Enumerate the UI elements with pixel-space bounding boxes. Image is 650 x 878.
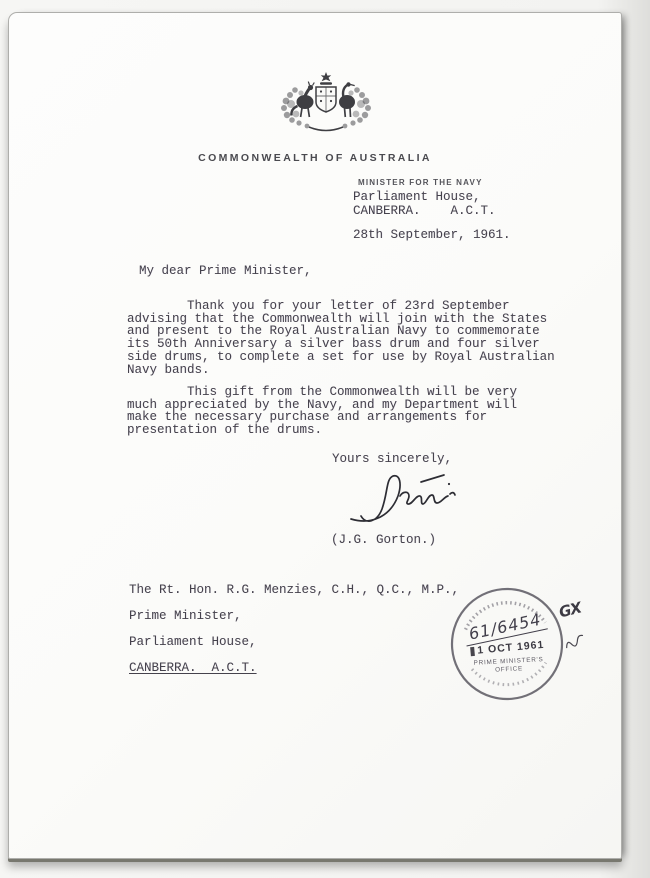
- scanned-letter-photo: COMMONWEALTH OF AUSTRALIA MINISTER FOR T…: [0, 0, 650, 878]
- stamp-office-line2: OFFICE: [495, 665, 523, 673]
- body-paragraph-2: This gift from the Commonwealth will be …: [127, 386, 517, 437]
- closing-line: Yours sincerely,: [332, 453, 452, 466]
- stamp-office-name: PRIME MINISTER'SOFFICE: [474, 656, 545, 675]
- ink-blot: [470, 646, 475, 655]
- letterhead-address-line1: Parliament House,: [353, 191, 481, 204]
- recipient-line1: The Rt. Hon. R.G. Menzies, C.H., Q.C., M…: [129, 583, 459, 597]
- handwritten-initials: GX: [557, 599, 583, 622]
- letter-date: 28th September, 1961.: [353, 229, 511, 242]
- letter-page: COMMONWEALTH OF AUSTRALIA MINISTER FOR T…: [8, 12, 622, 859]
- body-paragraph-1: Thank you for your letter of 23rd Septem…: [127, 300, 555, 376]
- australian-coat-of-arms-icon: [279, 71, 373, 149]
- recipient-address-block: The Rt. Hon. R.G. Menzies, C.H., Q.C., M…: [129, 584, 459, 675]
- letterhead-office-title: MINISTER FOR THE NAVY: [358, 178, 483, 187]
- letterhead-address-line2: CANBERRA. A.C.T.: [353, 205, 496, 218]
- letterhead-organization: COMMONWEALTH OF AUSTRALIA: [9, 152, 621, 164]
- salutation: My dear Prime Minister,: [139, 265, 312, 278]
- received-date-stamp: 61/6454 1 OCT 1961 PRIME MINISTER'SOFFIC…: [444, 581, 570, 707]
- recipient-line4: CANBERRA. A.C.T.: [129, 661, 257, 675]
- signer-name: (J.G. Gorton.): [331, 534, 436, 547]
- handwritten-mark-icon: [561, 629, 591, 653]
- recipient-line2: Prime Minister,: [129, 609, 242, 623]
- stamp-content: 61/6454 1 OCT 1961 PRIME MINISTER'SOFFIC…: [444, 582, 570, 708]
- recipient-line3: Parliament House,: [129, 635, 257, 649]
- handwritten-signature: [345, 465, 465, 531]
